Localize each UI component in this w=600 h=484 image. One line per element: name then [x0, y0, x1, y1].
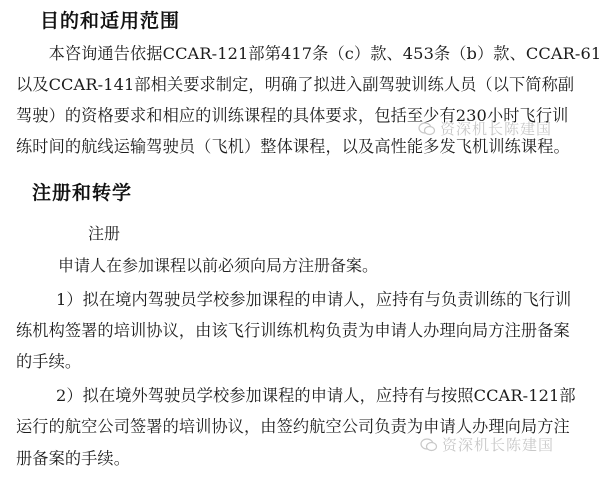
wechat-icon	[420, 438, 438, 452]
paragraph-line: 以及CCAR-141部相关要求制定，明确了拟进入副驾驶训练人员（以下简称副	[16, 71, 574, 95]
item2-line: 2）拟在境外驾驶员学校参加课程的申请人，应持有与按照CCAR-121部	[56, 382, 576, 406]
item1-line: 1）拟在境内驾驶员学校参加课程的申请人，应持有与负责训练的飞行训	[56, 286, 571, 310]
watermark: 资深机长陈建国	[418, 118, 552, 139]
item1-line: 练机构签署的培训协议，由该飞行训练机构负责为申请人办理向局方注册备案	[16, 317, 570, 341]
watermark-text: 资深机长陈建国	[440, 118, 552, 139]
wechat-icon	[418, 122, 436, 136]
item1-line: 的手续。	[16, 348, 81, 372]
registration-intro: 申请人在参加课程以前必须向局方注册备案。	[58, 253, 378, 276]
paragraph-line: 本咨询通告依据CCAR-121部第417条（c）款、453条（b）款、CCAR-…	[16, 40, 600, 64]
watermark-text: 资深机长陈建国	[442, 434, 554, 455]
subsection-title-registration: 注册	[88, 221, 120, 244]
item2-line: 册备案的手续。	[16, 445, 130, 469]
watermark: 资深机长陈建国	[420, 434, 554, 455]
section-title-registration-transfer: 注册和转学	[32, 178, 132, 205]
section-title-purpose-scope: 目的和适用范围	[40, 6, 180, 33]
